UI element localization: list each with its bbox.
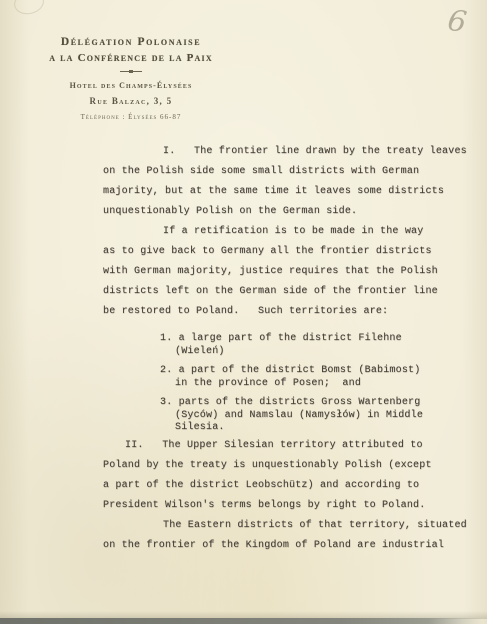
scanned-document-page: Délégation Polonaise a la Conférence de …	[0, 0, 487, 624]
scan-bottom-edge	[0, 618, 487, 624]
letterhead-divider	[120, 71, 142, 72]
typewritten-line: 2. a part of the district Bomst (Babimos…	[103, 364, 463, 377]
typewritten-line: on the Polish side some small districts …	[103, 165, 463, 185]
typewritten-line: (Syców) and Namslau (Namysłów) in Middle	[103, 409, 463, 422]
letterhead: Délégation Polonaise a la Conférence de …	[33, 36, 229, 121]
typewritten-line: unquestionably Polish on the German side…	[103, 205, 463, 225]
letterhead-org-line1: Délégation Polonaise	[33, 36, 229, 48]
typewritten-line: with German majority, justice requires t…	[103, 265, 463, 285]
letterhead-phone: Téléphone : Élysées 66-87	[33, 113, 229, 121]
typewritten-line: on the frontier of the Kingdom of Poland…	[103, 539, 463, 559]
typewritten-line: President Wilson's terms belongs by righ…	[103, 499, 463, 519]
typewritten-line: as to give back to Germany all the front…	[103, 245, 463, 265]
letterhead-street: Rue Balzac, 3, 5	[33, 96, 229, 106]
typewritten-line: Silesia.	[103, 421, 463, 434]
typewritten-line: I. The frontier line drawn by the treaty…	[103, 145, 463, 165]
typewritten-line: districts left on the German side of the…	[103, 285, 463, 305]
embossed-stamp	[12, 0, 46, 17]
typewritten-line: 3. parts of the districts Gross Wartenbe…	[103, 396, 463, 409]
typewritten-line: Poland by the treaty is unquestionably P…	[103, 459, 463, 479]
typewritten-body: I. The frontier line drawn by the treaty…	[103, 145, 463, 559]
letterhead-org-line2: a la Conférence de la Paix	[33, 52, 229, 64]
handwritten-page-number: 6	[445, 3, 469, 39]
letterhead-hotel: Hotel des Champs-Élysées	[33, 81, 229, 90]
typewritten-line: majority, but at the same time it leaves…	[103, 185, 463, 205]
typewritten-line: If a retification is to be made in the w…	[103, 225, 463, 245]
typewritten-line: 1. a large part of the district Filehne	[103, 332, 463, 345]
typewritten-line: a part of the district Leobschütz) and a…	[103, 479, 463, 499]
typewritten-line: II. The Upper Silesian territory attribu…	[103, 439, 463, 459]
typewritten-line: The Eastern districts of that territory,…	[103, 519, 463, 539]
typewritten-line: be restored to Poland. Such territories …	[103, 305, 463, 325]
typewritten-line: in the province of Posen; and	[103, 377, 463, 390]
typewritten-line: (Wieleń)	[103, 345, 463, 358]
